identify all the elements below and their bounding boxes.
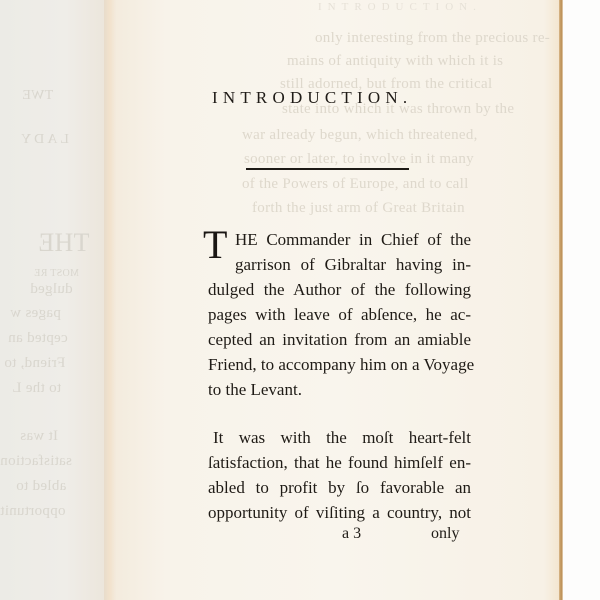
white-backdrop xyxy=(563,0,600,600)
show-through-text: THE xyxy=(38,228,89,258)
text-line: opportunity of viſiting a country, not xyxy=(208,503,471,523)
page-heading: INTRODUCTION. xyxy=(212,88,472,108)
show-through-text: dulged xyxy=(30,281,73,298)
show-through-text: pages w xyxy=(10,305,61,322)
show-through-text: opportunit xyxy=(0,503,66,520)
book-gutter xyxy=(104,0,116,600)
show-through-line: war already begun, which threatened, xyxy=(242,127,478,144)
text-line: abled to profit by ſo favorable an xyxy=(208,478,471,498)
text-line: HE Commander in Chief of the xyxy=(235,230,471,250)
show-through-running-head: INTRODUCTION. xyxy=(318,1,482,13)
text-line: It was with the moſt heart-felt xyxy=(213,428,471,448)
text-line: cepted an invitation from an amiable xyxy=(208,330,471,350)
text-line: to the Levant. xyxy=(208,380,471,400)
show-through-text: abled to xyxy=(16,478,66,495)
text-line: Friend, to accompany him on a Voyage xyxy=(208,355,471,375)
text-line: dulged the Author of the following xyxy=(208,280,471,300)
catchword: only xyxy=(431,525,459,543)
show-through-line: sooner or later, to involve in it many xyxy=(244,151,474,168)
show-through-line: mains of antiquity with which it is xyxy=(287,53,503,70)
show-through-text: It was xyxy=(20,428,58,445)
book-photo: TWE LADY THE MOST RE dulged pages w cept… xyxy=(0,0,600,600)
show-through-line: only interesting from the precious re- xyxy=(315,30,550,47)
show-through-text: satisfaction xyxy=(0,453,72,470)
show-through-text: MOST RE xyxy=(34,268,79,279)
heading-rule xyxy=(246,168,409,170)
show-through-text: LADY xyxy=(18,132,69,148)
show-through-text: TWE xyxy=(22,88,53,104)
show-through-text: Friend, to xyxy=(4,355,65,372)
drop-cap: T xyxy=(203,228,227,262)
text-line: pages with leave of abſence, he ac- xyxy=(208,305,471,325)
show-through-line: of the Powers of Europe, and to call xyxy=(242,176,469,193)
signature-mark: a 3 xyxy=(342,525,361,543)
text-line: ſatisfaction, that he found himſelf en- xyxy=(208,453,471,473)
show-through-line: forth the just arm of Great Britain xyxy=(252,200,465,217)
show-through-text: cepted an xyxy=(8,330,68,347)
left-page: TWE LADY THE MOST RE dulged pages w cept… xyxy=(0,0,110,600)
text-line: garrison of Gibraltar having in- xyxy=(235,255,471,275)
show-through-text: to the L xyxy=(12,380,61,397)
